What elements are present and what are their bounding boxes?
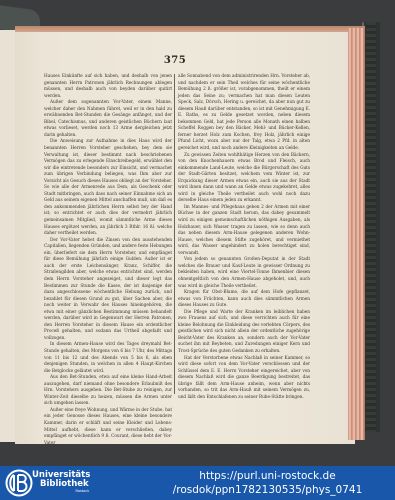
paragraph: Zu gewissen Zeiten wohlthätige Herzen vo…: [178, 153, 310, 205]
page-stack-edges: [348, 28, 365, 440]
paragraph: Aus den Bet-Stunden, etwa auf eine klein…: [44, 375, 172, 408]
text-column-left: Hauses Einkünfte auf sich haben, und des…: [44, 74, 172, 447]
permalink-line1[interactable]: https://purl.uni-rostock.de: [140, 469, 395, 483]
paragraph: Der Vor-Vater hebet die Zinsen von den a…: [44, 238, 172, 343]
paragraph: Von jedem so genannten Großen-Deputat in…: [178, 257, 310, 290]
column-divider: [174, 74, 175, 394]
paragraph: Außer dem sogenannten Vor-Vater, einem M…: [44, 100, 172, 139]
library-name: Universitäts Bibliothek Rostock: [32, 471, 90, 493]
permalink-line2[interactable]: /rosdok/ppn1782130535/phys_0741: [140, 483, 395, 497]
paragraph: Kragen für Obst-Blume, die auf dem Hofe …: [178, 290, 310, 310]
paragraph: Hauses Einkünfte auf sich haben, und des…: [44, 74, 172, 100]
paragraph: alle Sonnabend von dem administrirenden …: [178, 74, 310, 153]
facing-page-edge: [0, 30, 16, 442]
library-city: Rostock: [32, 489, 90, 493]
paragraph: Die Pflege und Warte der Kranken im leib…: [178, 310, 310, 356]
paragraph: In diesem Armen-Hause wird des Tages dre…: [44, 342, 172, 375]
book-scan: 375 Hauses Einkünfte auf sich haben, und…: [0, 0, 395, 466]
library-banner: Universitäts Bibliothek Rostock https://…: [0, 466, 395, 500]
university-library-logo-icon: [5, 469, 33, 497]
paragraph: Hat der Verstorbene etwas Nachlaß in sei…: [178, 356, 310, 402]
text-column-right: alle Sonnabend von dem administrirenden …: [178, 74, 310, 401]
library-name-line2: Bibliothek: [32, 480, 90, 489]
paragraph: Außer eine freye Wohnung, und Wärme in d…: [44, 408, 172, 447]
paragraph: Im Mannes- und Pflegehaus geben 2 der Ar…: [178, 205, 310, 257]
paragraph: Die Anweisung zur Aufnahme in dies Haus …: [44, 139, 172, 237]
permalink[interactable]: https://purl.uni-rostock.de /rosdok/ppn1…: [140, 469, 395, 497]
page-number: 375: [160, 55, 190, 66]
